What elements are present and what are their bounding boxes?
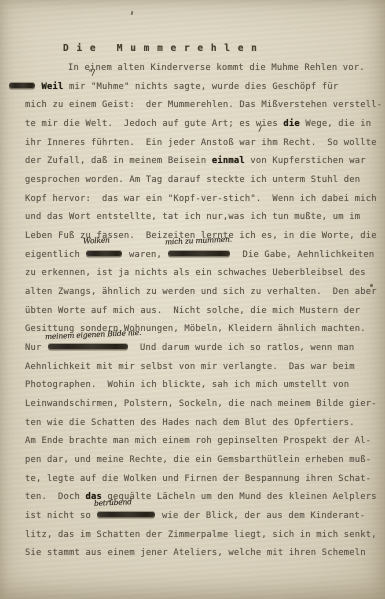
typed-text: te mir die Welt. Jedoch auf gute Art; es… bbox=[25, 119, 283, 129]
typed-text: ihr Inneres führten. Ein jeder Anstoß wa… bbox=[25, 138, 261, 148]
typescript-body: In einem alten Kinderverse kommt die Muh… bbox=[25, 59, 377, 563]
struck-out-word bbox=[168, 251, 230, 256]
margin-ink-dot bbox=[370, 284, 373, 287]
hand-corrected-word: die bbox=[283, 119, 300, 129]
typescript-line: In einem alten Kinderverse kommt die Muh… bbox=[68, 59, 377, 78]
typed-text: Sie stammt aus einem jener Ateliers, wel… bbox=[25, 548, 366, 558]
typescript-line: Sie stammt aus einem jener Ateliers, wel… bbox=[25, 544, 377, 563]
typed-text: litz, das im Schatten der Zimmerpalme li… bbox=[25, 530, 377, 540]
typed-text: eigentlich bbox=[25, 250, 85, 260]
annotation-anchor: meinem eigenen Bilde nie. bbox=[47, 339, 129, 358]
typescript-line: der Zufall, daß in meinem Beisein einmal… bbox=[25, 152, 377, 171]
struck-out-word bbox=[9, 83, 35, 88]
typescript-line: Nur meinem eigenen Bilde nie. Und darum … bbox=[25, 339, 377, 358]
annotation-anchor: "/"Muhme" bbox=[91, 78, 129, 97]
typescript-line: te mir die Welt. Jedoch auf gute Art; es… bbox=[25, 115, 377, 134]
typed-text: Wege, die in bbox=[300, 119, 371, 129]
page-title: D i e M u m m e r e h l e n bbox=[63, 43, 258, 54]
typed-text: waren, bbox=[123, 250, 167, 260]
typed-text: von Kupferstichen war bbox=[245, 156, 366, 166]
typed-text: "Muhme" bbox=[91, 82, 129, 92]
typed-text: zu erkennen, ist ja nichts als ein schwa… bbox=[25, 268, 366, 278]
typescript-line: Leinwandschirmen, Polstern, Sockeln, die… bbox=[25, 395, 377, 414]
struck-out-word bbox=[86, 251, 122, 256]
typed-text: wie der Blick, der aus dem Kinderant- bbox=[156, 511, 365, 521]
typescript-line: übten Worte auf mich aus. Nicht solche, … bbox=[25, 302, 377, 321]
typescript-line: litz, das im Schatten der Zimmerpalme li… bbox=[25, 526, 377, 545]
typed-text: ten. Doch bbox=[25, 492, 85, 502]
typed-text: nichts sagte, wurde dies Geschöpf für bbox=[129, 82, 338, 92]
struck-out-word bbox=[97, 512, 155, 517]
typescript-line: und das Wort entstellte, tat ich nur,was… bbox=[25, 208, 377, 227]
ink-speck bbox=[131, 11, 134, 15]
typed-text: Leinwandschirmen, Polstern, Sockeln, die… bbox=[25, 399, 377, 409]
typescript-line: gesprochen worden. Am Tag darauf steckte… bbox=[25, 171, 377, 190]
struck-out-word bbox=[48, 344, 128, 349]
annotation-anchor: mich zu mummen. bbox=[167, 246, 231, 265]
typed-text: gequälte Lächeln um den Mund des kleinen… bbox=[102, 492, 377, 502]
handwritten-annotation: Wolken bbox=[83, 237, 110, 246]
handwritten-annotation: mich zu mummen. bbox=[165, 236, 232, 247]
typescript-line: ten wie die Schatten des Hades nach dem … bbox=[25, 414, 377, 433]
annotation-anchor: Wolken bbox=[85, 246, 123, 265]
annotation-anchor: /ihm bbox=[261, 134, 278, 153]
manuscript-page: D i e M u m m e r e h l e n In einem alt… bbox=[0, 0, 385, 599]
typescript-line: ten. Doch das gequälte Lächeln um den Mu… bbox=[25, 488, 377, 507]
typescript-line: eigentlich Wolken waren, mich zu mummen.… bbox=[25, 246, 377, 265]
handwritten-annotation: "/ bbox=[89, 69, 95, 77]
typescript-line: Photographen. Wohin ich blickte, sah ich… bbox=[25, 376, 377, 395]
typed-text: alten Zwangs, ähnlich zu werden und sich… bbox=[25, 287, 377, 297]
typescript-line: Aehnlichkeit mit mir selbst von mir verl… bbox=[25, 358, 377, 377]
typed-text: gesprochen worden. Am Tag darauf steckte… bbox=[25, 175, 360, 185]
typed-text: ten wie die Schatten des Hades nach dem … bbox=[25, 418, 355, 428]
hand-corrected-word: Weil bbox=[42, 82, 64, 92]
typed-text: Aehnlichkeit mit mir selbst von mir verl… bbox=[25, 362, 355, 372]
typescript-line: ihr Inneres führten. Ein jeder Anstoß wa… bbox=[25, 134, 377, 153]
typed-text: Photographen. Wohin ich blickte, sah ich… bbox=[25, 380, 349, 390]
typed-text: und das Wort entstellte, tat ich nur,was… bbox=[25, 212, 360, 222]
typescript-line: Weil mir "/"Muhme" nichts sagte, wurde d… bbox=[8, 78, 377, 97]
annotation-anchor: betrübend bbox=[96, 507, 156, 526]
typed-text: Kopf hervor: das war ein "Kopf-ver-stich… bbox=[25, 194, 377, 204]
typescript-line: Kopf hervor: das war ein "Kopf-ver-stich… bbox=[25, 190, 377, 209]
handwritten-annotation: betrübend bbox=[94, 498, 132, 508]
typed-text: mich zu einem Geist: der Mummerehlen. Da… bbox=[25, 100, 382, 110]
typed-text: te, legte auf die Wolken und Firnen der … bbox=[25, 474, 371, 484]
typed-text: pen dar, und meine Rechte, die ein Gemsb… bbox=[25, 455, 371, 465]
typed-text: In einem alten Kinderverse kommt die Muh… bbox=[68, 63, 365, 73]
typed-text: mir bbox=[64, 82, 91, 92]
typed-text: Und darum wurde ich so ratlos, wenn man bbox=[129, 343, 354, 353]
typed-text: übten Worte auf mich aus. Nicht solche, … bbox=[25, 306, 360, 316]
typed-text: ist nicht so bbox=[25, 511, 96, 521]
typed-text: ihm bbox=[261, 138, 278, 148]
typed-text: Die Gabe, Aehnlichkeiten bbox=[231, 250, 374, 260]
typescript-line: te, legte auf die Wolken und Firnen der … bbox=[25, 470, 377, 489]
typescript-line: alten Zwangs, ähnlich zu werden und sich… bbox=[25, 283, 377, 302]
typed-text: Recht. So wollte bbox=[278, 138, 377, 148]
typescript-line: mich zu einem Geist: der Mummerehlen. Da… bbox=[25, 96, 377, 115]
typescript-line: zu erkennen, ist ja nichts als ein schwa… bbox=[25, 264, 377, 283]
typescript-line: pen dar, und meine Rechte, die ein Gemsb… bbox=[25, 451, 377, 470]
typed-text: Am Ende brachte man mich einem roh gepin… bbox=[25, 436, 371, 446]
typescript-line: Am Ende brachte man mich einem roh gepin… bbox=[25, 432, 377, 451]
typescript-line: ist nicht so betrübend wie der Blick, de… bbox=[25, 507, 377, 526]
typed-text: der Zufall, daß in meinem Beisein bbox=[25, 156, 212, 166]
hand-corrected-word: einmal bbox=[212, 156, 245, 166]
typed-text: Nur bbox=[25, 343, 47, 353]
